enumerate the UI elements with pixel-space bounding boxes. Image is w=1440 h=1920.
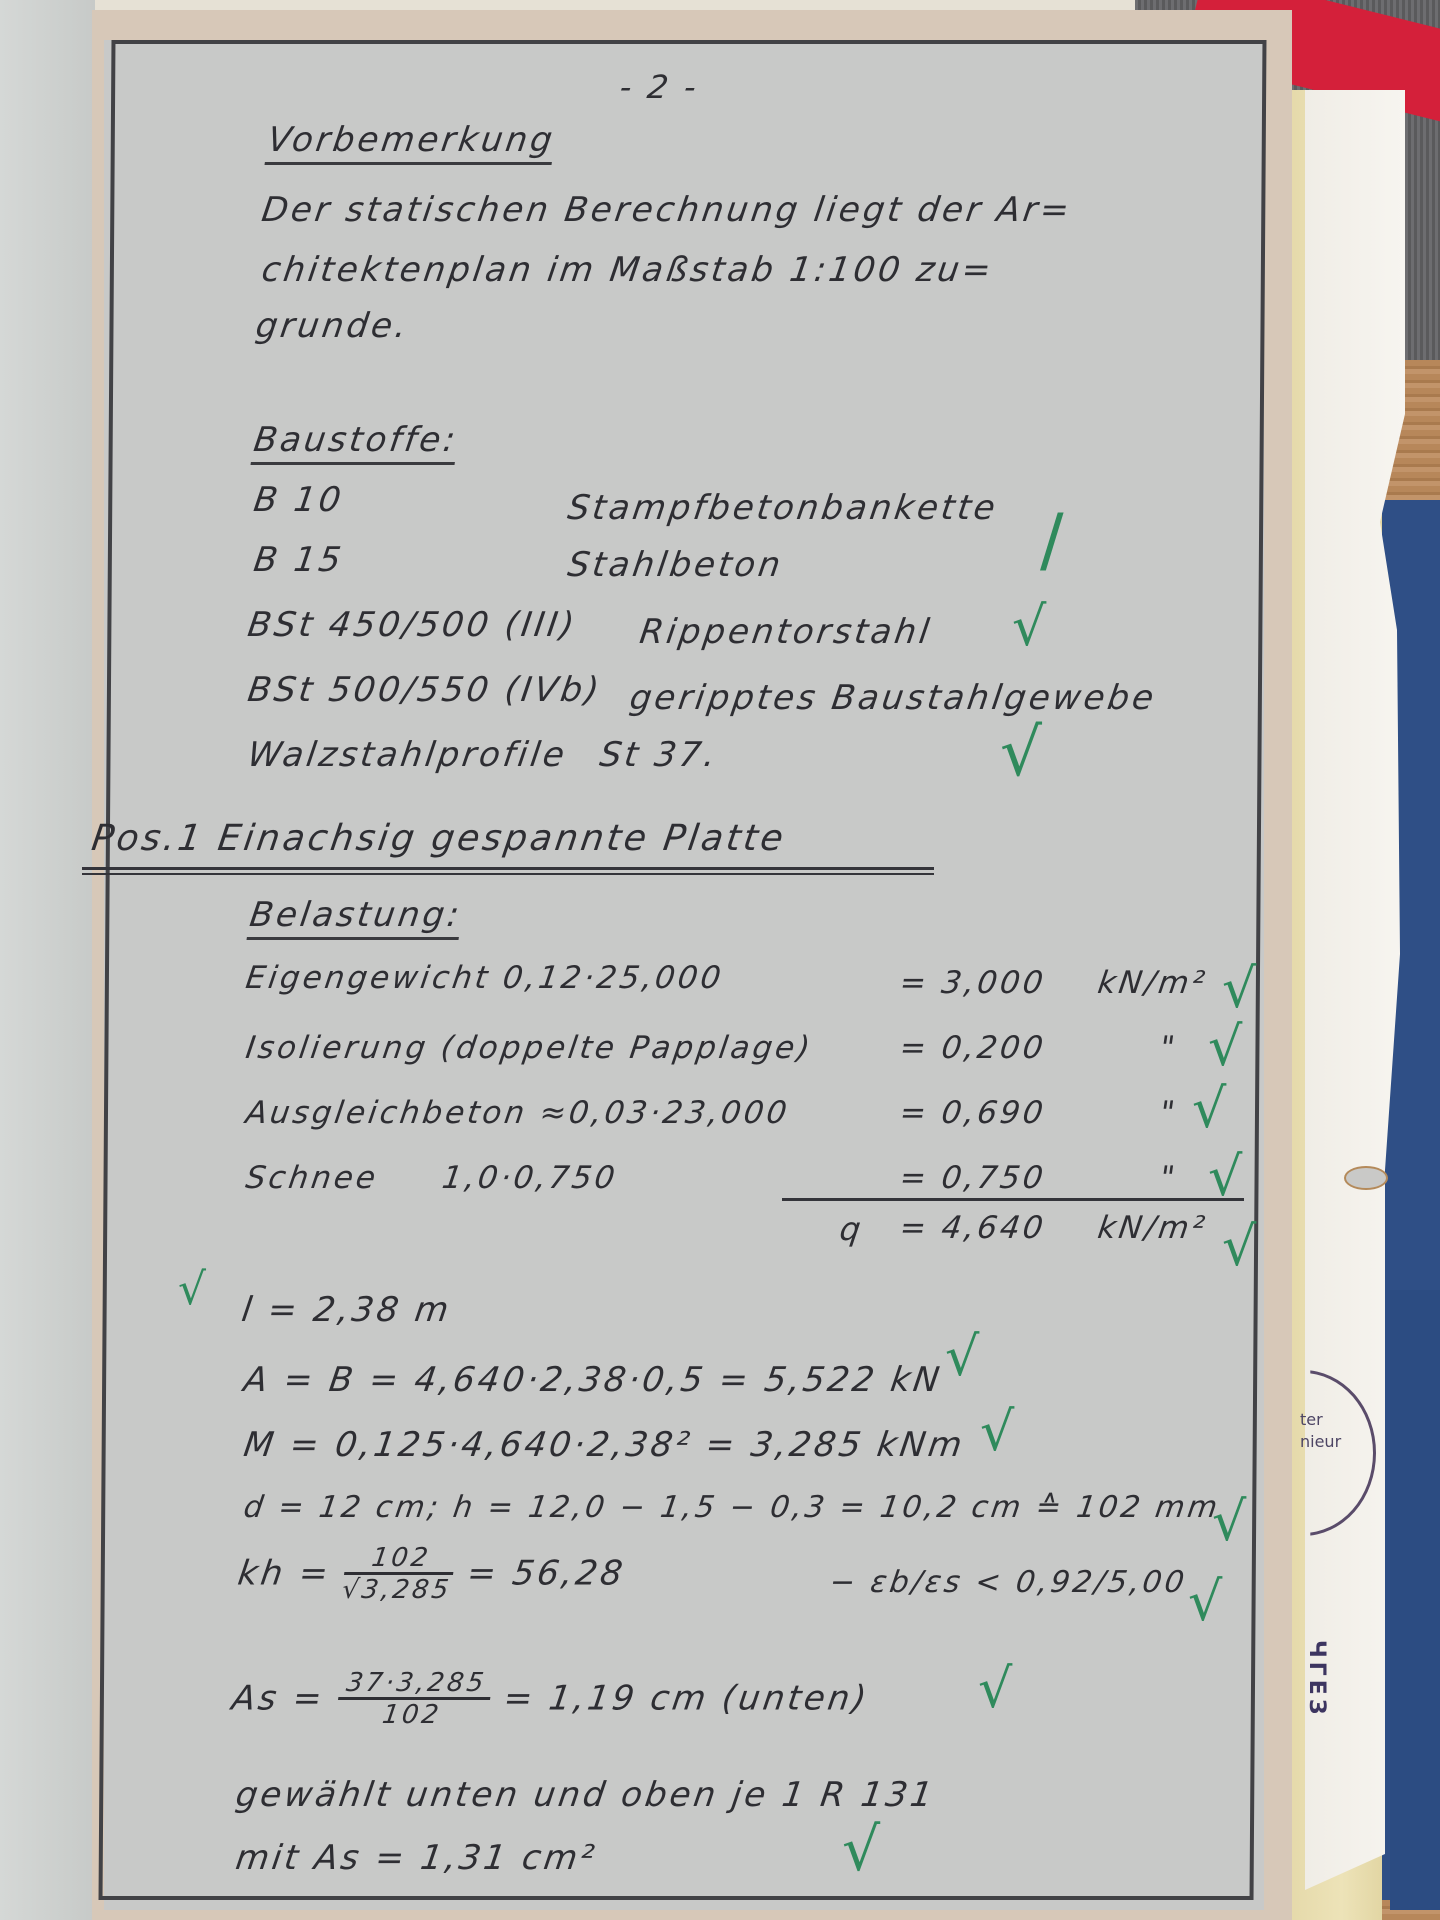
check-icon: √ [1000, 720, 1042, 786]
materials-heading: Baustoffe: [251, 420, 460, 460]
kh-numerator: 102 [344, 1545, 457, 1575]
load-label-3: Ausgleichbeton ≈0,03·23,000 [243, 1095, 791, 1131]
check-icon: √ [178, 1268, 206, 1312]
total-value: = 4,640 [897, 1210, 1048, 1246]
bending-moment: M = 0,125·4,640·2,38² = 3,285 kNm [241, 1425, 967, 1465]
material-desc-4: geripptes Baustahlgewebe [627, 678, 1159, 718]
preamble-heading-text: Vorbemerkung [264, 120, 557, 165]
kh-result: = 56,28 [465, 1553, 628, 1593]
check-icon: √ [1222, 962, 1256, 1016]
material-code-2: B 15 [251, 540, 346, 580]
kh-calculation: kh = 102 √3,285 = 56,28 [234, 1545, 629, 1605]
check-icon: √ [1188, 1575, 1222, 1629]
material-code-3: BSt 450/500 (III) [245, 605, 579, 645]
materials-heading-text: Baustoffe: [250, 420, 460, 465]
check-icon: √ [842, 1820, 880, 1880]
material-desc-1: Stampfbetonbankette [565, 488, 1000, 528]
check-icon: √ [1208, 1020, 1242, 1074]
load-heading-text: Belastung: [246, 895, 464, 940]
strain-ratio: − εb/εs < 0,92/5,00 [828, 1565, 1190, 1600]
slab-thickness: d = 12 cm; h = 12,0 − 1,5 − 0,3 = 10,2 c… [242, 1490, 1223, 1525]
stamp-text-1: ter [1300, 1410, 1323, 1429]
title-underline-2 [82, 873, 934, 875]
blue-binder-lower [1390, 1290, 1440, 1910]
stamp-vertical-text: ЧГЕЗ [1304, 1640, 1329, 1718]
load-formula: ≈0,03·23,000 [538, 1095, 792, 1131]
material-desc-5: St 37. [597, 735, 720, 775]
reaction-forces: A = B = 4,640·2,38·0,5 = 5,522 kN [241, 1360, 945, 1400]
title-underline [82, 867, 934, 870]
material-code-4: BSt 500/550 (IVb) [245, 670, 604, 710]
load-formula: 0,12·25,000 [501, 960, 726, 996]
check-icon: √ [980, 1405, 1014, 1459]
as-label: As = [229, 1678, 327, 1718]
page-number: - 2 - [617, 68, 701, 106]
material-desc-2: Stahlbeton [565, 545, 786, 585]
load-unit-1: kN/m² [1095, 965, 1209, 1001]
material-desc-3: Rippentorstahl [637, 612, 934, 652]
preamble-heading: Vorbemerkung [265, 120, 558, 160]
sum-line [782, 1198, 1244, 1201]
material-code-5: Walzstahlprofile [245, 735, 570, 775]
check-icon: √ [978, 1662, 1012, 1716]
total-unit: kN/m² [1095, 1210, 1209, 1246]
stamp-text-2: nieur [1300, 1432, 1341, 1451]
kh-label: kh = [235, 1553, 333, 1593]
load-label-text: Schnee [243, 1160, 380, 1196]
load-label-4: Schnee 1,0·0,750 [243, 1160, 619, 1196]
load-label-text: Eigengewicht [243, 960, 492, 996]
check-icon: √ [1212, 1495, 1246, 1549]
kh-fraction: 102 √3,285 [340, 1545, 457, 1605]
as-fraction: 37·3,285 102 [334, 1670, 494, 1730]
load-label-1: Eigengewicht 0,12·25,000 [243, 960, 725, 996]
check-icon: √ [945, 1330, 979, 1384]
as-calculation: As = 37·3,285 102 = 1,19 cm (unten) [228, 1670, 873, 1730]
check-icon: √ [1222, 1220, 1256, 1274]
load-value-4: = 0,750 [897, 1160, 1048, 1196]
check-icon: / [1040, 505, 1064, 575]
preamble-line-3: grunde. [253, 306, 412, 346]
chosen-area: mit As = 1,31 cm² [233, 1838, 599, 1878]
preamble-line-1: Der statischen Berechnung liegt der Ar= [259, 190, 1074, 230]
punch-hole [1344, 1166, 1388, 1190]
load-value-2: = 0,200 [897, 1030, 1048, 1066]
load-value-3: = 0,690 [897, 1095, 1048, 1131]
load-formula: 1,0·0,750 [440, 1160, 620, 1196]
as-denominator: 102 [334, 1700, 490, 1729]
load-label-text: Ausgleichbeton [243, 1095, 529, 1131]
material-code-1: B 10 [251, 480, 346, 520]
check-icon: √ [1192, 1082, 1226, 1136]
preamble-line-2: chitektenplan im Maßstab 1:100 zu= [259, 250, 996, 290]
load-heading: Belastung: [247, 895, 464, 935]
kh-denominator: √3,285 [340, 1575, 453, 1604]
as-numerator: 37·3,285 [338, 1670, 494, 1700]
chosen-reinforcement: gewählt unten und oben je 1 R 131 [233, 1775, 938, 1815]
as-result: = 1,19 cm (unten) [501, 1678, 871, 1718]
load-value-1: = 3,000 [897, 965, 1048, 1001]
load-label-2: Isolierung (doppelte Papplage) [243, 1030, 815, 1066]
position-title: Pos.1 Einachsig gespannte Platte [89, 818, 788, 859]
span-length: l = 2,38 m [239, 1290, 454, 1330]
left-page-edge [0, 0, 95, 1920]
check-icon: √ [1012, 600, 1046, 654]
check-icon: √ [1208, 1150, 1242, 1204]
